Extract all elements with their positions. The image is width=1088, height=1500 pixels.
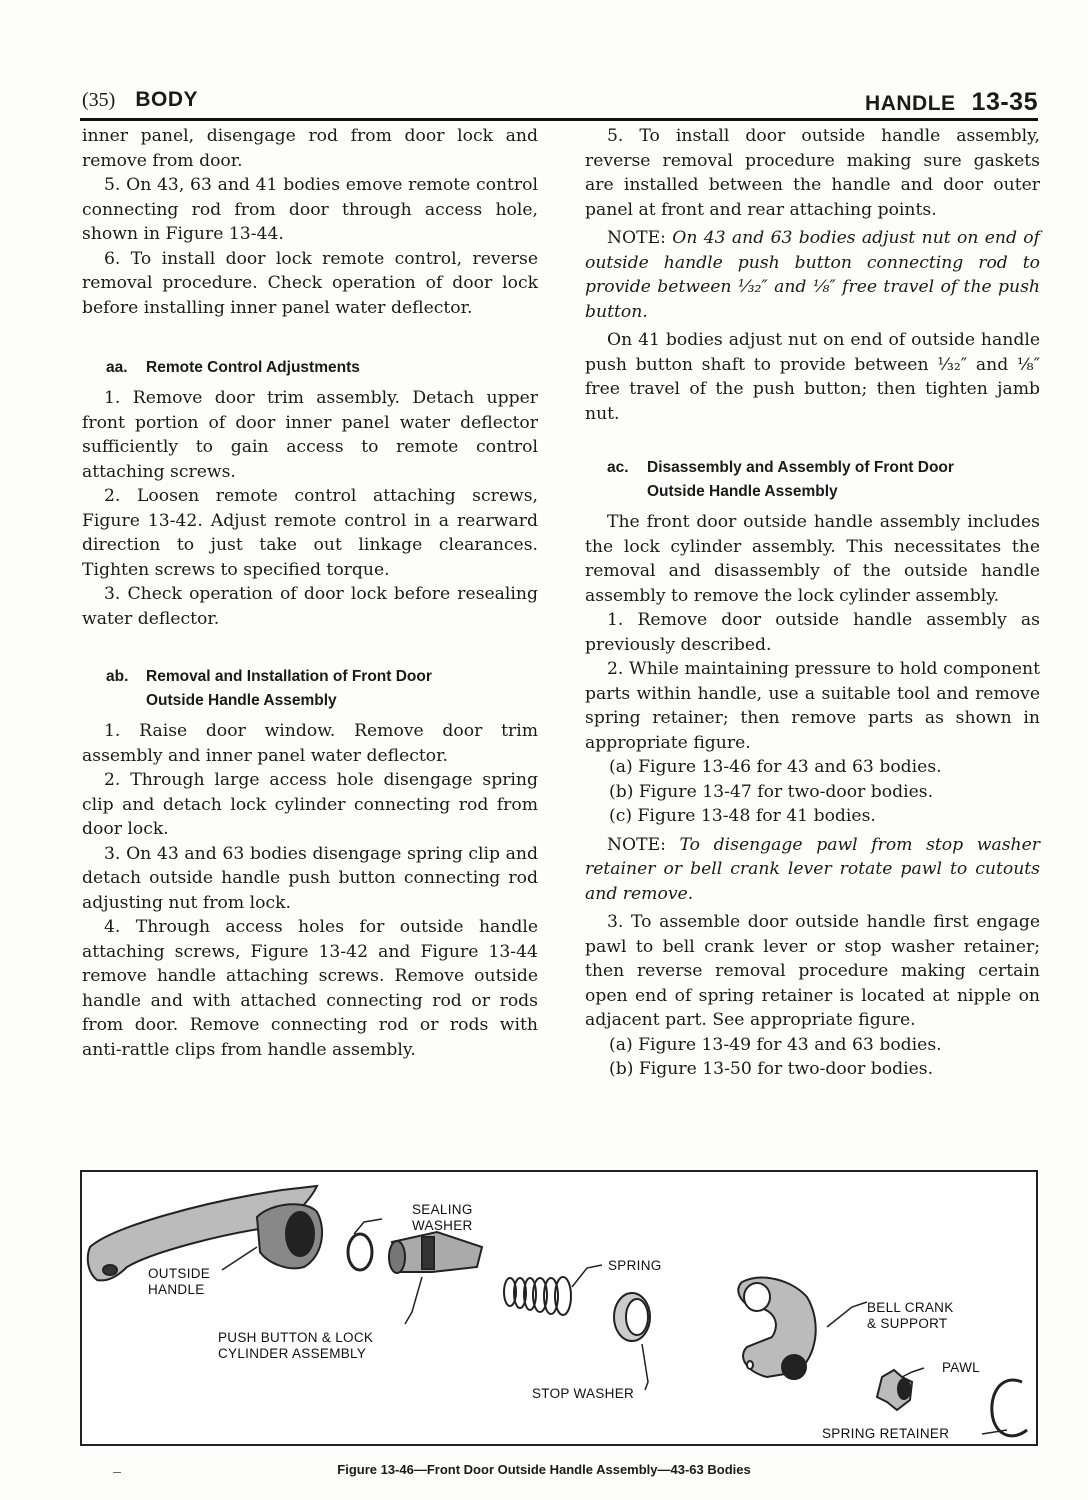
section-heading-ab: ab.Removal and Installation of Front Doo… (106, 665, 538, 713)
step-paragraph: 5. To install door outside handle assemb… (585, 124, 1040, 222)
figure-13-46: OUTSIDE HANDLE SEALING WASHER PUSH BUTTO… (80, 1170, 1038, 1446)
step-paragraph: 2. Loosen remote control attaching screw… (82, 484, 538, 582)
label-pawl: PAWL (942, 1360, 980, 1376)
note-label: NOTE: (607, 228, 666, 248)
figure-reference: (b) Figure 13-50 for two-door bodies. (585, 1057, 1040, 1082)
page-number: 13-35 (972, 88, 1038, 116)
pawl-icon (877, 1370, 912, 1410)
label-stop-washer: STOP WASHER (532, 1386, 634, 1402)
header-rule (80, 118, 1038, 121)
label-spring-retainer: SPRING RETAINER (822, 1426, 949, 1442)
page-ref: (35) (82, 89, 115, 111)
figure-reference: (a) Figure 13-49 for 43 and 63 bodies. (585, 1033, 1040, 1058)
figure-reference: (b) Figure 13-47 for two-door bodies. (585, 780, 1040, 805)
step-paragraph: 6. To install door lock remote control, … (82, 247, 538, 321)
label-bell-crank-support: BELL CRANK & SUPPORT (867, 1300, 954, 1332)
paragraph: inner panel, disengage rod from door loc… (82, 124, 538, 173)
figure-reference: (a) Figure 13-46 for 43 and 63 bodies. (585, 755, 1040, 780)
bell-crank-icon (738, 1278, 815, 1379)
note-paragraph: NOTE: To disengage pawl from stop washer… (585, 833, 1040, 907)
step-paragraph: 2. While maintaining pressure to hold co… (585, 657, 1040, 755)
sealing-washer-icon (348, 1234, 372, 1270)
figure-caption: Figure 13-46—Front Door Outside Handle A… (0, 1462, 1088, 1477)
step-paragraph: 1. Raise door window. Remove door trim a… (82, 719, 538, 768)
lock-cylinder-icon (389, 1232, 482, 1273)
stop-washer-icon (614, 1293, 650, 1341)
label-push-button-lock-cylinder: PUSH BUTTON & LOCK CYLINDER ASSEMBLY (218, 1330, 373, 1362)
running-header-left: (35)BODY (82, 88, 562, 116)
note-paragraph: NOTE: On 43 and 63 bodies adjust nut on … (585, 226, 1040, 324)
spring-icon (504, 1277, 571, 1315)
label-outside-handle: OUTSIDE HANDLE (148, 1266, 210, 1298)
running-header-right: HANDLE13-35 (560, 88, 1038, 116)
step-paragraph: 1. Remove door trim assembly. Detach upp… (82, 386, 538, 484)
step-paragraph: 3. Check operation of door lock before r… (82, 582, 538, 631)
section-heading-ac: ac.Disassembly and Assembly of Front Doo… (607, 456, 1040, 504)
label-spring: SPRING (608, 1258, 662, 1274)
manual-page: (35)BODY HANDLE13-35 inner panel, diseng… (0, 0, 1088, 1500)
step-paragraph: 2. Through large access hole disengage s… (82, 768, 538, 842)
topic-title: HANDLE (865, 92, 956, 115)
left-column: inner panel, disengage rod from door loc… (82, 122, 538, 1062)
paragraph: On 41 bodies adjust nut on end of outsid… (585, 328, 1040, 426)
section-title: BODY (135, 88, 198, 111)
label-sealing-washer: SEALING WASHER (412, 1202, 473, 1234)
note-label: NOTE: (607, 835, 666, 855)
spring-retainer-icon (992, 1380, 1027, 1436)
paragraph: The front door outside handle assembly i… (585, 510, 1040, 608)
step-paragraph: 5. On 43, 63 and 41 bodies emove remote … (82, 173, 538, 247)
step-paragraph: 3. On 43 and 63 bodies disengage spring … (82, 842, 538, 916)
step-paragraph: 3. To assemble door outside handle first… (585, 910, 1040, 1033)
step-paragraph: 4. Through access holes for outside hand… (82, 915, 538, 1062)
step-paragraph: 1. Remove door outside handle assembly a… (585, 608, 1040, 657)
right-column: 5. To install door outside handle assemb… (585, 122, 1040, 1082)
figure-reference: (c) Figure 13-48 for 41 bodies. (585, 804, 1040, 829)
section-heading-aa: aa.Remote Control Adjustments (106, 356, 538, 380)
